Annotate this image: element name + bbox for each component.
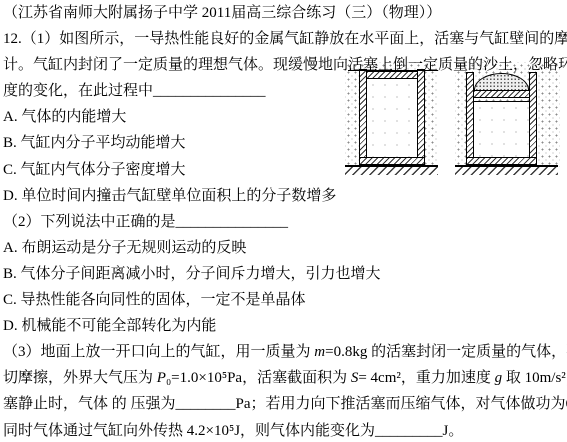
q12-part3-line4: 同时气体通过气缸向外传热 4.2×10⁵J，则气体内能变化为_________J… — [3, 418, 565, 442]
text-segment: 塞静止时，气体 的 压强为 — [3, 396, 176, 412]
text-segment: ₀=1.0×10⁵Pa，活塞截面积为 — [166, 370, 351, 386]
part1-option-c: C. 气缸内气体分子密度增大 — [3, 157, 565, 183]
text-segment: （江苏省南师大附属扬子中学 2011届高三综合练习（三）（物理）） — [3, 5, 441, 21]
text-segment: 12.（1）如图所示，一导热性能良好的金属气缸静放在水平面上，活塞与气缸壁间的摩… — [3, 31, 567, 47]
part2-option-c: C. 导热性能各向同性的固体，一定不是单晶体 — [3, 287, 565, 313]
answer-blank: _______________ — [176, 214, 289, 230]
text-segment: 活塞上倒一定 — [348, 57, 438, 73]
text-segment: =0.8kg 的活塞封闭一定质量的气体，不计一 — [325, 344, 567, 360]
text-segment: D. 机械能不可能全部转化为内能 — [3, 318, 216, 334]
document-lines: （江苏省南师大附属扬子中学 2011届高三综合练习（三）（物理））12.（1）如… — [3, 0, 565, 442]
text-segment: 切摩擦，外界大气压为 — [3, 370, 157, 386]
part2-option-a: A. 布朗运动是分子无规则运动的反映 — [3, 235, 565, 261]
text-segment: J。 — [443, 423, 464, 439]
part2-option-d: D. 机械能不可能全部转化为内能 — [3, 313, 565, 339]
text-segment: （2）下列说法中正确的是 — [3, 214, 176, 230]
exam-document-page: { "page": { "width": 567, "height": 442,… — [0, 0, 567, 442]
part1-option-b: B. 气缸内分子平均动能增大 — [3, 130, 565, 156]
text-segment: B. 气体分子间距离减小时，分子间斥力增大，引力也增大 — [3, 266, 381, 282]
q12-part1-stem-line1: 12.（1）如图所示，一导热性能良好的金属气缸静放在水平面上，活塞与气缸壁间的摩… — [3, 26, 565, 52]
text-segment: D. 单位时间内撞击气缸壁单位面积上的分子数增多 — [3, 188, 336, 204]
text-segment: = 4cm²，重力加速度 — [358, 370, 494, 386]
answer-blank: ________ — [176, 396, 236, 412]
text-segment: B. 气缸内分子平均动能增大 — [3, 135, 186, 151]
text-segment: m — [314, 344, 325, 360]
text-segment: A. 气体的内能增大 — [3, 109, 126, 125]
text-segment: Pa；若用力向下推活塞而压缩气体，对气体做功为6×10⁵J， — [236, 396, 567, 412]
part1-option-d: D. 单位时间内撞击气缸壁单位面积上的分子数增多 — [3, 183, 565, 209]
q12-part3-line3: 塞静止时，气体 的 压强为________Pa；若用力向下推活塞而压缩气体，对气… — [3, 391, 565, 417]
answer-blank: _______________ — [153, 83, 266, 99]
doc-title: （江苏省南师大附属扬子中学 2011届高三综合练习（三）（物理）） — [3, 0, 565, 26]
text-segment: C. 气缸内气体分子密度增大 — [3, 162, 186, 178]
q12-part3-line2: 切摩擦，外界大气压为 P₀=1.0×10⁵Pa，活塞截面积为 S= 4cm²，重… — [3, 365, 565, 391]
part1-option-a: A. 气体的内能增大 — [3, 104, 565, 130]
text-segment: （3）地面上放一开口向上的气缸，用一质量为 — [3, 344, 314, 360]
text-segment: 计。气缸内封闭了一定质量的理想气体。现缓慢地向 — [3, 57, 348, 73]
text-segment: C. 导热性能各向同性的固体，一定不是单晶体 — [3, 292, 306, 308]
text-segment: P — [157, 370, 166, 386]
answer-blank: _________ — [375, 423, 443, 439]
text-segment: A. 布朗运动是分子无规则运动的反映 — [3, 240, 246, 256]
text-segment: 质量的沙土，忽略环境温 — [438, 57, 567, 73]
q12-part1-stem-line3: 度的变化，在此过程中_______________ — [3, 78, 565, 104]
text-segment: g — [495, 370, 503, 386]
text-segment: 取 10m/s²，则活 — [502, 370, 567, 386]
q12-part3-line1: （3）地面上放一开口向上的气缸，用一质量为 m=0.8kg 的活塞封闭一定质量的… — [3, 339, 565, 365]
text-segment: 度的变化，在此过程中 — [3, 83, 153, 99]
part2-option-b: B. 气体分子间距离减小时，分子间斥力增大，引力也增大 — [3, 261, 565, 287]
q12-part2-stem: （2）下列说法中正确的是_______________ — [3, 209, 565, 235]
q12-part1-stem-line2: 计。气缸内封闭了一定质量的理想气体。现缓慢地向活塞上倒一定质量的沙土，忽略环境温 — [3, 52, 565, 78]
text-segment: 同时气体通过气缸向外传热 4.2×10⁵J，则气体内能变化为 — [3, 423, 375, 439]
